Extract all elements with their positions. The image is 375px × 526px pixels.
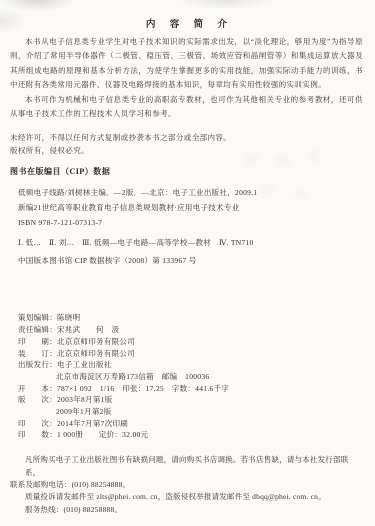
publication-row-publisher-address: 北京市海淀区万寿路173信箱 邮编 100036 [18, 371, 363, 383]
row-value: 2003年8月第1版 [57, 395, 113, 404]
service-notice-line-2: 联系及邮购电话：(010) 88254888。 [10, 479, 363, 491]
publication-row-publisher: 出版发行：电子工业出版社 [18, 359, 363, 371]
row-value: 2009年1月第2版 [56, 407, 112, 416]
publication-row-printer: 印 刷：北京京师印务有限公司 [18, 336, 363, 348]
row-label: 开 本： [18, 383, 57, 395]
row-label: 责任编辑： [18, 324, 57, 336]
service-notice-line-1: 凡所购买电子工业出版社图书有缺损问题，请向购买书店调换。若书店售缺，请与本社发行… [10, 454, 363, 479]
service-notice-line-3: 质量投诉请发邮件至 zlts@phei. com. cn，盗版侵权举报请发邮件至… [10, 491, 363, 503]
cip-heading: 图书在版编目（CIP）数据 [10, 166, 363, 177]
publication-row-edition: 版 次：2003年8月第1版 [18, 394, 363, 406]
row-label: 印 次： [18, 418, 57, 430]
summary-paragraph-1: 本书从电子信息类专业学生对电子技术知识的实际需求出发，以“淡化理论，够用为度”为… [10, 35, 363, 93]
purchase-service-notice: 凡所购买电子工业出版社图书有缺损问题，请向购买书店调换。若书店售缺，请与本社发行… [10, 454, 363, 516]
publication-row-print-run-price: 印 数：1 000册 定价：32.00元 [18, 429, 363, 441]
cip-title-line: 低频电子线路/刘树林主编．—2版．—北京：电子工业出版社，2009.1 [18, 185, 363, 200]
publication-row-executive-editor: 责任编辑：宋兆武 何 汲 [18, 324, 363, 336]
cip-series-line: 新编21世纪高等职业教育电子信息类规划教材·应用电子技术专业 [18, 200, 363, 215]
content-summary-heading: 内 容 简 介 [10, 16, 363, 30]
isbn-line: ISBN 978-7-121-07313-7 [18, 215, 363, 230]
publication-row-binding: 装 订：北京京师印务有限公司 [18, 348, 363, 360]
row-value: 1 000册 定价：32.00元 [57, 430, 148, 439]
row-value: 电子工业出版社 [57, 360, 112, 369]
row-value: 2014年7月第7次印刷 [57, 419, 128, 428]
publication-info-block: 策划编辑：陈晓明 责任编辑：宋兆武 何 汲 印 刷：北京京师印务有限公司 装 订… [10, 312, 363, 441]
copyright-notice: 未经许可，不得以任何方式复制或抄袭本书之部分或全部内容。 版权所有，侵权必究。 [10, 131, 363, 157]
publication-row-planning-editor: 策划编辑：陈晓明 [18, 312, 363, 324]
service-notice-line-4: 服务热线：(010) 88258888。 [10, 504, 363, 516]
row-label: 装 订： [18, 348, 57, 360]
book-copyright-page: 内 容 简 介 本书从电子信息类专业学生对电子技术知识的实际需求出发，以“淡化理… [0, 0, 375, 526]
row-value: 787×1 092 1/16 印张：17.25 字数：441.6千字 [57, 384, 229, 393]
copyright-notice-line-2: 版权所有，侵权必究。 [10, 144, 363, 157]
publication-row-printing: 印 次：2014年7月第7次印刷 [18, 418, 363, 430]
row-value: 宋兆武 何 汲 [57, 325, 119, 334]
row-label: 印 数： [18, 429, 57, 441]
cip-classification-line: Ⅰ. 低… Ⅱ. 刘… Ⅲ. 低频—电子电路—高等学校—教材 Ⅳ. TN710 [10, 237, 363, 248]
summary-paragraph-2: 本书可作为机械和电子信息类专业的高职高专教材，也可作为其他相关专业的参考教材，还… [10, 93, 363, 122]
cip-block: 低频电子线路/刘树林主编．—2版．—北京：电子工业出版社，2009.1 新编21… [10, 185, 363, 230]
publication-row-edition-2: 2009年1月第2版 [18, 406, 363, 418]
row-label: 策划编辑： [18, 312, 57, 324]
row-label: 印 刷： [18, 336, 57, 348]
row-value: 陈晓明 [57, 313, 80, 322]
row-value: 北京京师印务有限公司 [57, 337, 135, 346]
row-label: 版 次： [18, 394, 57, 406]
row-value: 北京市海淀区万寿路173信箱 邮编 100036 [56, 372, 209, 381]
row-label: 出版发行： [18, 359, 57, 371]
row-value: 北京京师印务有限公司 [57, 349, 135, 358]
publication-row-format: 开 本：787×1 092 1/16 印张：17.25 字数：441.6千字 [18, 383, 363, 395]
cip-record-number-line: 中国版本图书馆 CIP 数据核字（2008）第 133967 号 [10, 255, 363, 266]
copyright-notice-line-1: 未经许可，不得以任何方式复制或抄袭本书之部分或全部内容。 [10, 131, 363, 144]
